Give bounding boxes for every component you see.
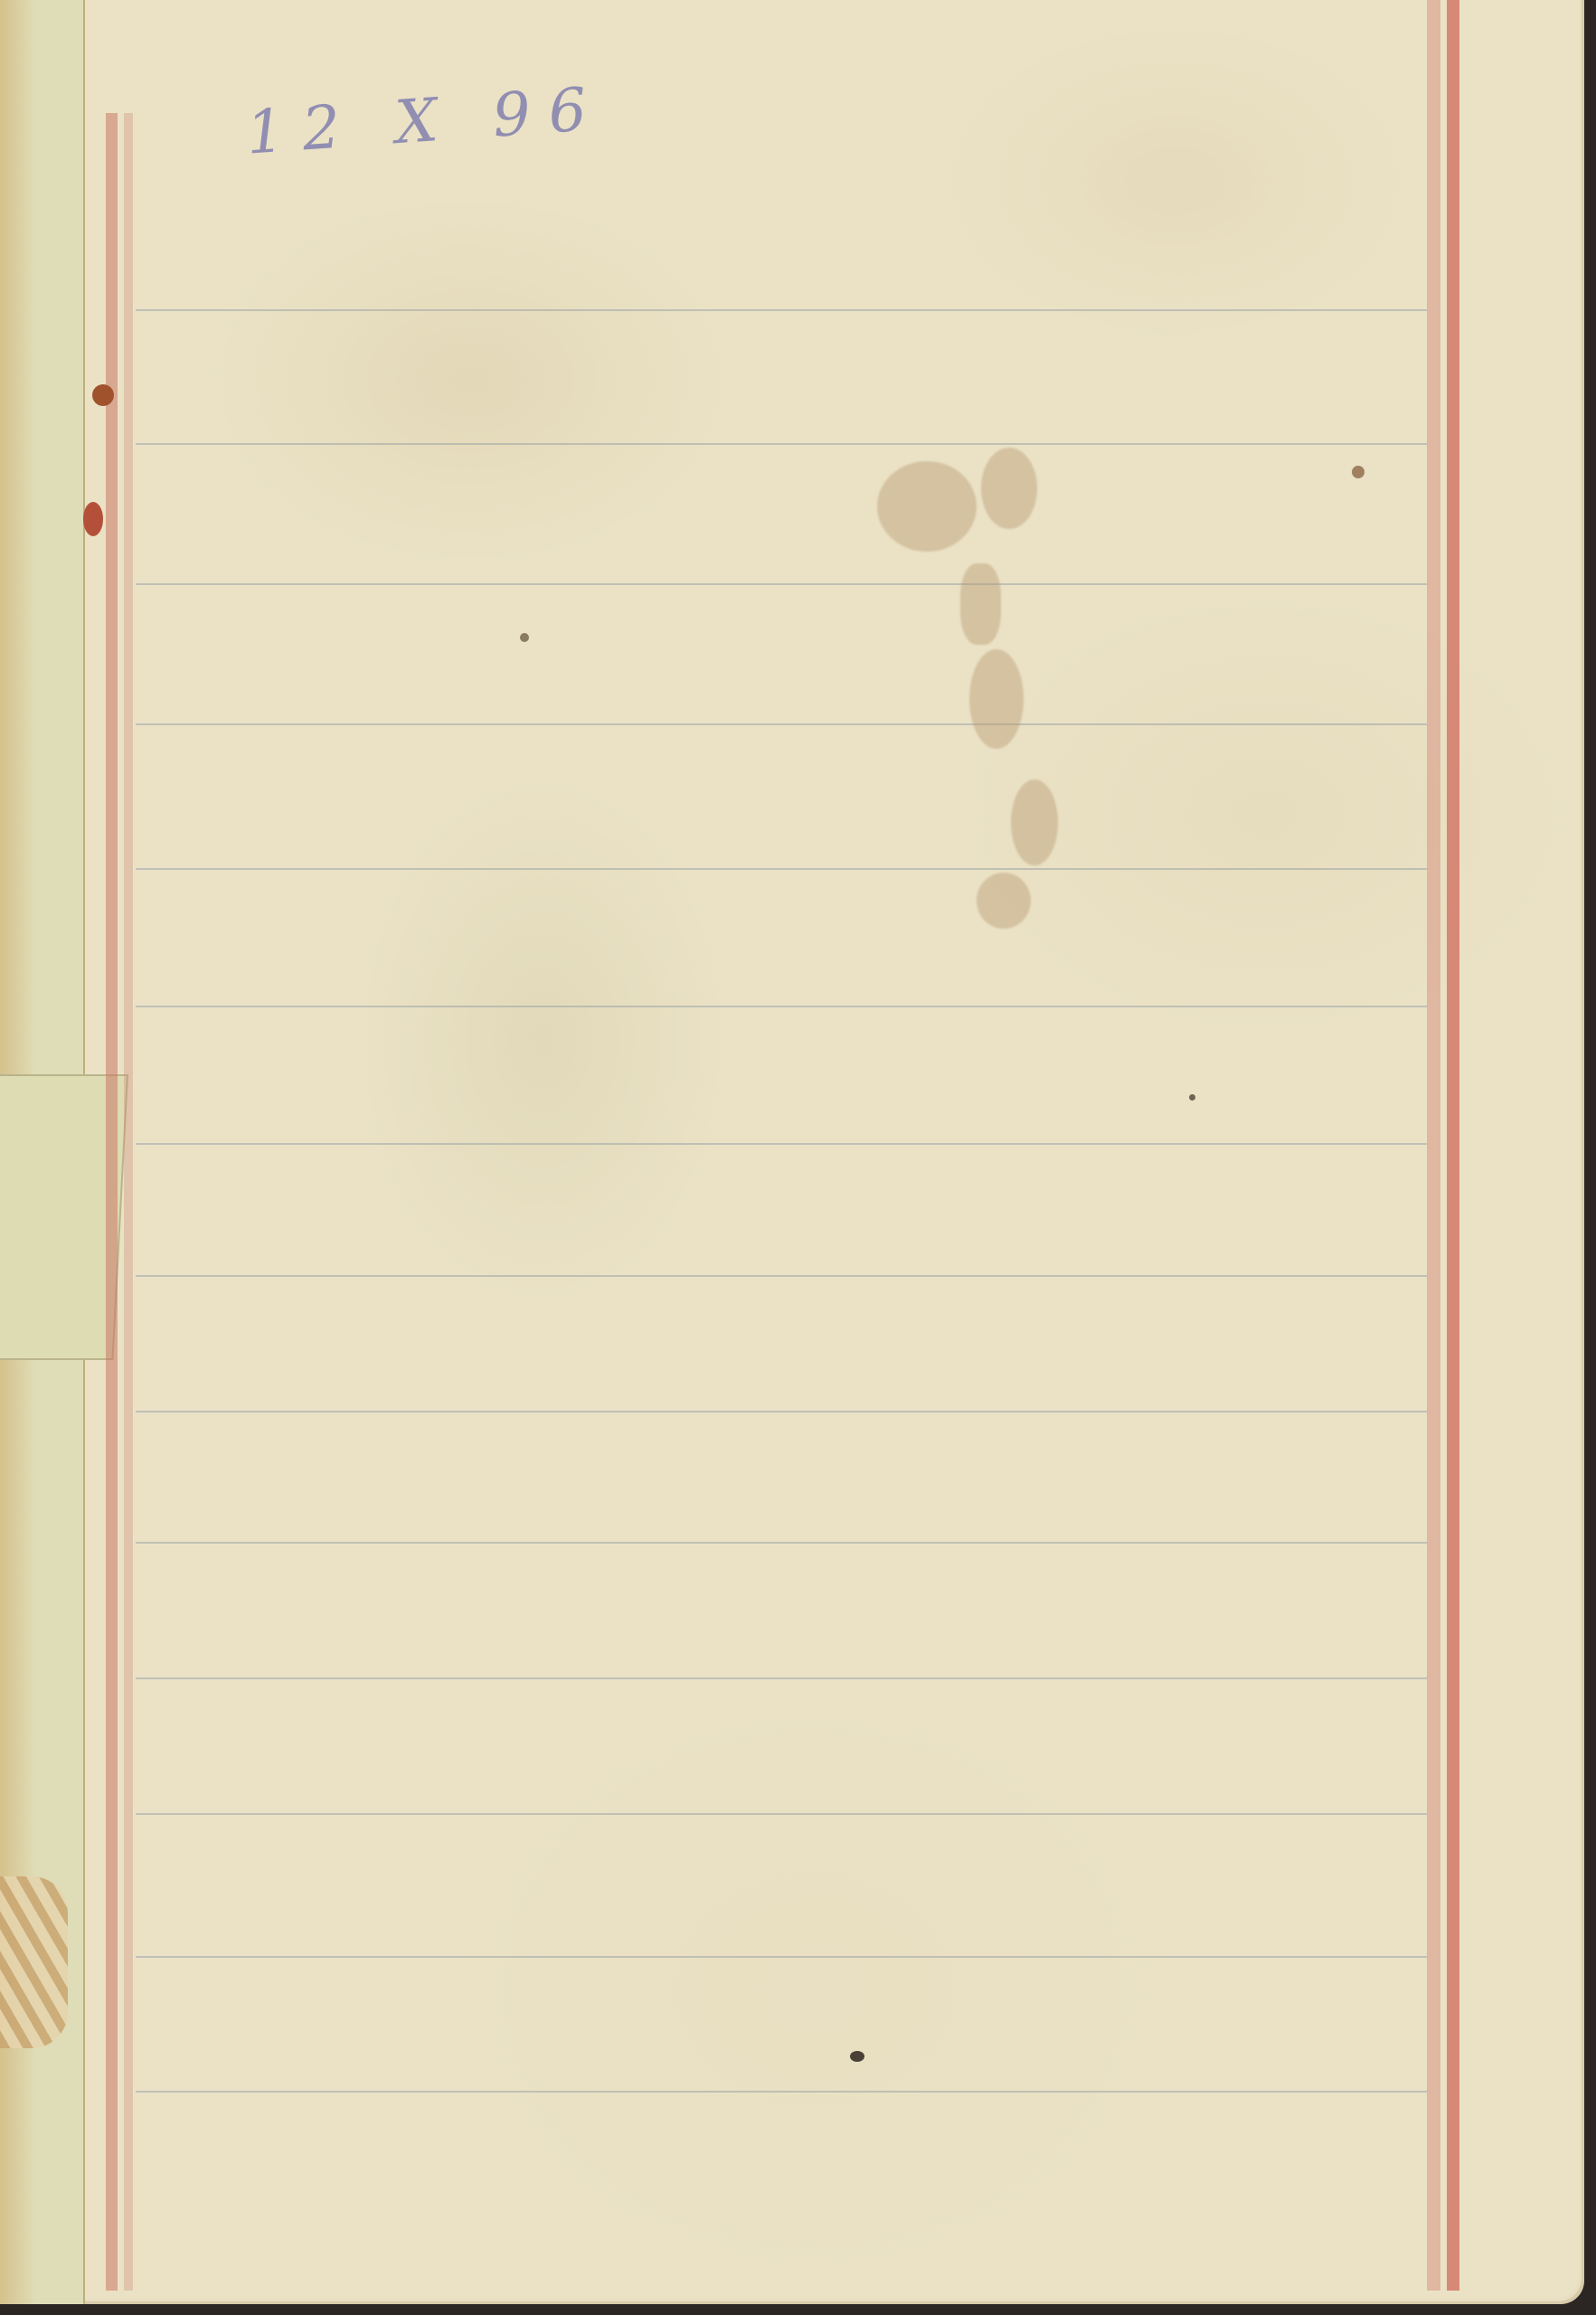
ruled-line [136, 723, 1427, 725]
ruled-line [136, 1006, 1427, 1007]
ruled-line [136, 309, 1427, 311]
ruled-line [136, 1411, 1427, 1413]
water-stain [969, 649, 1024, 749]
ruled-line [136, 1956, 1427, 1958]
water-stain [877, 461, 977, 552]
ruled-line [136, 2091, 1427, 2093]
ruled-line [136, 1813, 1427, 1815]
ruled-line [136, 868, 1427, 870]
notebook-page: 12 X 96 [0, 0, 1584, 2304]
right-margin-line-outer [1447, 0, 1459, 2291]
ink-mark [850, 2051, 864, 2062]
torn-binding-fragment [0, 1876, 68, 2048]
ruled-line [136, 1143, 1427, 1145]
right-margin-line-inner [1427, 0, 1440, 2291]
pencil-notation: 12 X 96 [244, 73, 607, 168]
ruled-line [136, 1275, 1427, 1277]
rust-spot [83, 502, 103, 536]
left-margin-line-inner [124, 113, 133, 2291]
ruled-line [136, 1677, 1427, 1679]
ruled-line [136, 443, 1427, 445]
water-stain [960, 563, 1001, 645]
rust-spot [92, 384, 114, 406]
left-margin-line-outer [106, 113, 118, 2291]
water-stain [1011, 780, 1058, 865]
water-stain [977, 873, 1031, 929]
dirt-spot [520, 633, 529, 642]
ruled-line [136, 583, 1427, 585]
ruled-line [136, 1542, 1427, 1544]
dirt-spot [1352, 466, 1365, 478]
dirt-spot [1189, 1094, 1195, 1101]
water-stain [981, 448, 1037, 529]
